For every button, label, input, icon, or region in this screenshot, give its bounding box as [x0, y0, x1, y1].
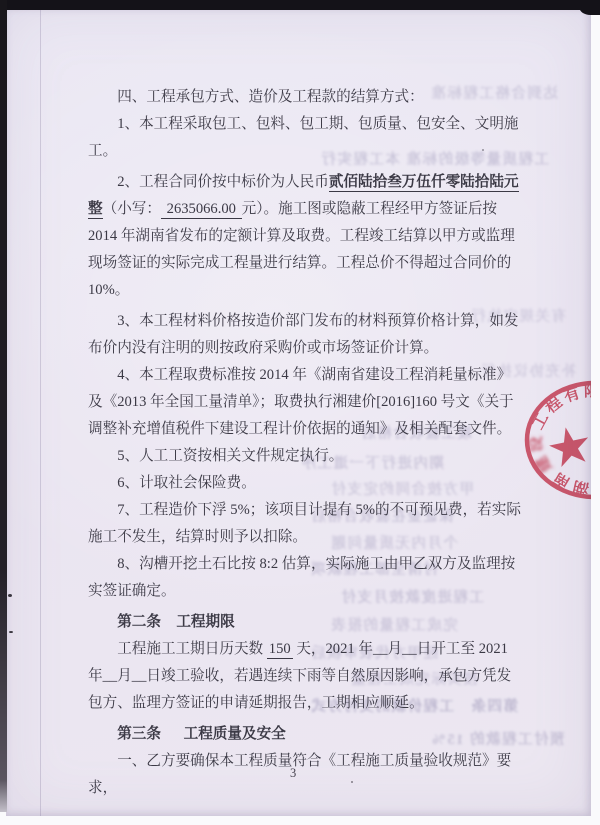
- quality-clause-text: 一、乙方要确保本工程质量符合《工程施工质量验收规范》要求，: [88, 753, 511, 796]
- scan-edge-left: [0, 0, 7, 812]
- quality-clause: 一、乙方要确保本工程质量符合《工程施工质量验收规范》要求，: [88, 748, 524, 802]
- clause-6-text: 6、计取社会保险费。: [117, 475, 256, 491]
- scan-speck: [9, 631, 13, 633]
- clause-5: 5、人工工资按相关文件规定执行。: [88, 443, 524, 470]
- duration-days-value: 150: [267, 641, 293, 659]
- clause-2-prefix: 2、工程合同价按中标价为人民币: [117, 174, 329, 190]
- duration-prefix: 工程施工工期日历天数: [117, 641, 267, 657]
- article-3-heading: 第三条工程质量及安全: [88, 721, 524, 748]
- contract-body: 四、工程承包方式、造价及工程款的结算方式： 1、本工程采取包工、包料、包工期、包…: [88, 84, 524, 802]
- article-3-label: 第三条: [117, 726, 161, 742]
- clause-5-text: 5、人工工资按相关文件规定执行。: [117, 448, 343, 464]
- clause-1: 1、本工程采取包工、包料、包工期、包质量、包安全、文明施工。: [88, 111, 524, 165]
- scan-edge-corner: [579, 0, 600, 15]
- scan-speck: [351, 781, 353, 783]
- stamp-star-icon: ★: [541, 415, 591, 480]
- article-2-label: 第二条: [117, 614, 161, 630]
- scan-speck: [482, 149, 484, 151]
- section-4-heading-text: 四、工程承包方式、造价及工程款的结算方式：: [117, 89, 423, 105]
- clause-4: 4、本工程取费标准按 2014 年《湖南省建设工程消耗量标准》及《2013 年全…: [88, 362, 524, 443]
- clause-7-text: 7、工程造价下浮 5%；该项目计提有 5%的不可预见费，若实际施工不发生，结算时…: [88, 502, 521, 545]
- clause-2-mid: （小写：: [103, 201, 161, 217]
- clause-8-text: 8、沟槽开挖土石比按 8:2 估算，实际施工由甲乙双方及监理按实签证确定。: [88, 556, 515, 599]
- clause-3: 3、本工程材料价格按造价部门发布的材料预算价格计算，如发布价内没有注明的则按政府…: [88, 308, 524, 362]
- contract-paper: 达到合格工程标准工程质量等级的标准 本工程实行有关规定执行补充协议执行竣工验收合…: [6, 9, 591, 816]
- clause-3-text: 3、本工程材料价格按造价部门发布的材料预算价格计算，如发布价内没有注明的则按政府…: [88, 313, 519, 356]
- duration-clause: 工程施工工期日历天数 150 天，2021 年__月__日开工至 2021 年_…: [88, 636, 524, 717]
- paper-crease-line: [40, 9, 41, 816]
- article-2-title: 工程期限: [176, 614, 234, 630]
- clause-7: 7、工程造价下浮 5%；该项目计提有 5%的不可预见费，若实际施工不发生，结算时…: [88, 497, 524, 551]
- clause-8: 8、沟槽开挖土石比按 8:2 估算，实际施工由甲乙双方及监理按实签证确定。: [88, 551, 524, 605]
- article-3-title: 工程质量及安全: [184, 726, 286, 742]
- clause-2: 2、工程合同价按中标价为人民币贰佰陆拾叁万伍仟零陆拾陆元整（小写： 263506…: [88, 169, 524, 304]
- contract-amount-numeric: 2635066.00: [161, 201, 242, 219]
- page-number: 3: [290, 766, 296, 781]
- section-4-heading: 四、工程承包方式、造价及工程款的结算方式：: [88, 84, 524, 111]
- article-2-heading: 第二条工程期限: [88, 609, 524, 636]
- clause-4-text: 4、本工程取费标准按 2014 年《湖南省建设工程消耗量标准》及《2013 年全…: [88, 367, 514, 437]
- clause-1-text: 1、本工程采取包工、包料、包工期、包质量、包安全、文明施工。: [88, 116, 519, 159]
- company-stamp: 湖南 建设 工程有限公司 ★ 43: [510, 355, 591, 525]
- scan-speck: [8, 594, 12, 597]
- scan-edge-top: [0, 0, 600, 10]
- clause-6: 6、计取社会保险费。: [88, 470, 524, 497]
